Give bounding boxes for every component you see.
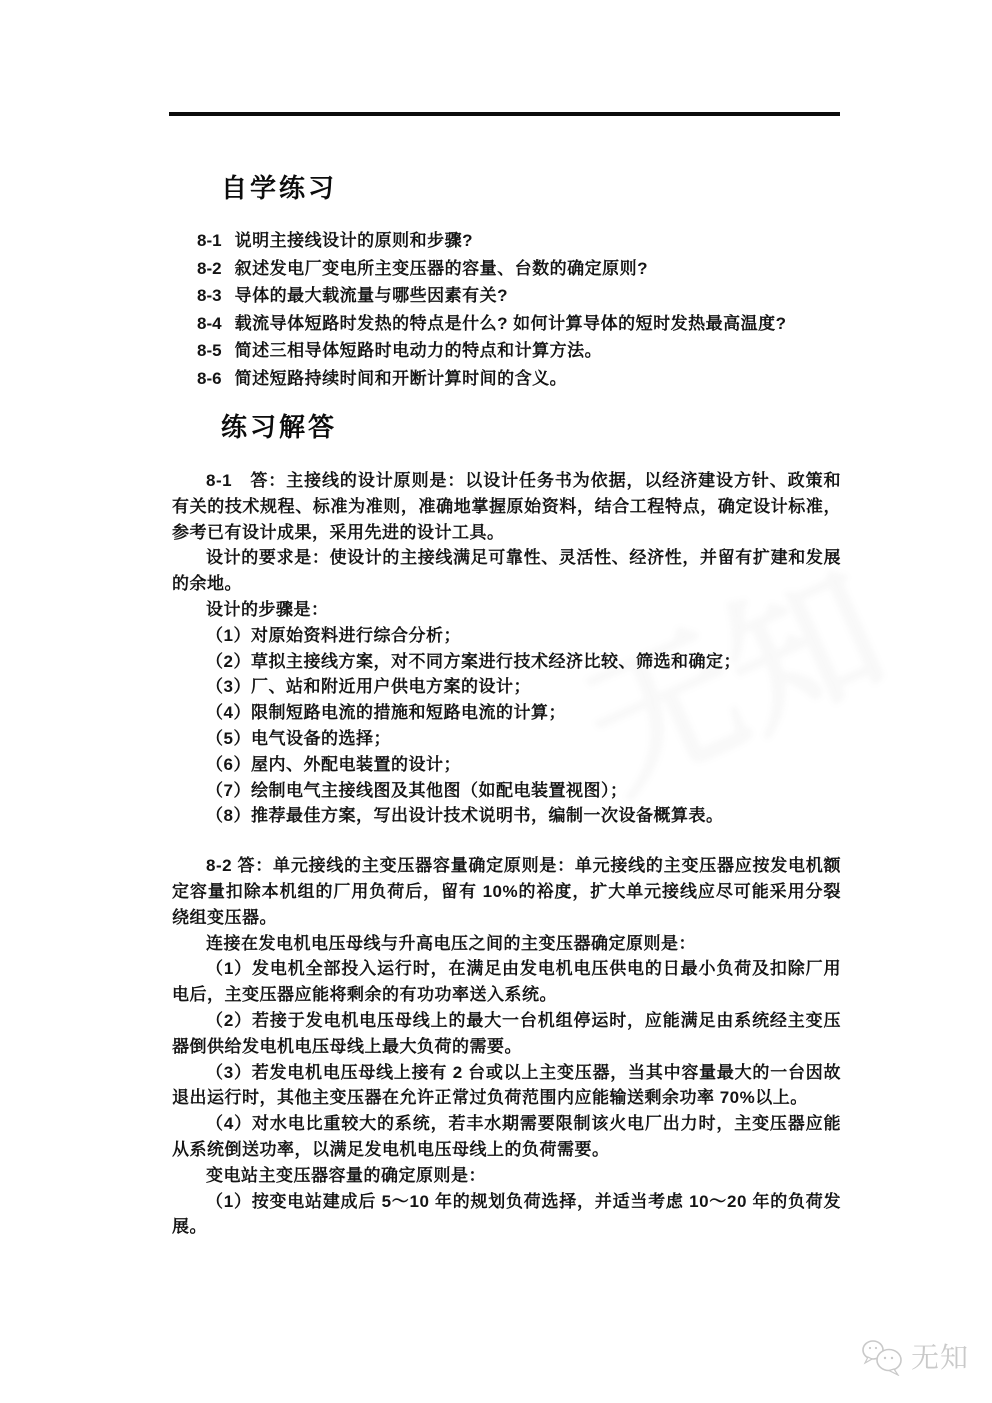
question-item: 8-1 说明主接线设计的原则和步骤? [197,227,897,255]
answer-item: （3）若发电机电压母线上接有 2 台或以上主变压器，当其中容量最大的一台因故退出… [172,1060,841,1112]
question-item: 8-5 简述三相导体短路时电动力的特点和计算方法。 [197,337,897,365]
question-text: 说明主接线设计的原则和步骤? [235,227,473,255]
answer-paragraph: 设计的要求是：使设计的主接线满足可靠性、灵活性、经济性，并留有扩建和发展的余地。 [172,545,841,597]
answer-8-2: 8-2 答：单元接线的主变压器容量确定原则是：单元接线的主变压器应按发电机额定容… [172,853,841,1240]
answer-step: （2）草拟主接线方案，对不同方案进行技术经济比较、筛选和确定； [172,649,841,675]
question-item: 8-6 简述短路持续时间和开断计算时间的含义。 [197,365,897,393]
answer-item: （1）发电机全部投入运行时，在满足由发电机电压供电的日最小负荷及扣除厂用电后，主… [172,956,841,1008]
answers-body: 8-1 答：主接线的设计原则是：以设计任务书为依据，以经济建设方针、政策和有关的… [172,468,841,1240]
question-number: 8-2 [197,255,222,283]
question-item: 8-4 载流导体短路时发热的特点是什么? 如何计算导体的短时发热最高温度? [197,310,897,338]
question-text: 叙述发电厂变电所主变压器的容量、台数的确定原则? [235,255,648,283]
section-title-self-study: 自学练习 [221,168,337,205]
question-number: 8-6 [197,365,222,393]
wechat-logo-icon [860,1336,906,1376]
top-horizontal-rule [169,112,840,116]
answer-item: （2）若接于发电机电压母线上的最大一台机组停运时，应能满足由系统经主变压器倒供给… [172,1008,841,1060]
answer-step: （7）绘制电气主接线图及其他图（如配电装置视图）； [172,778,841,804]
answer-paragraph: 变电站主变压器容量的确定原则是： [172,1163,841,1189]
answer-8-1: 8-1 答：主接线的设计原则是：以设计任务书为依据，以经济建设方针、政策和有关的… [172,468,841,829]
answer-step: （3）厂、站和附近用户供电方案的设计； [172,674,841,700]
question-text: 导体的最大载流量与哪些因素有关? [235,282,508,310]
answer-paragraph: 连接在发电机电压母线与升高电压之间的主变压器确定原则是： [172,931,841,957]
question-text: 简述短路持续时间和开断计算时间的含义。 [235,365,568,393]
brand-watermark: 无知 [860,1336,969,1376]
answer-step: （4）限制短路电流的措施和短路电流的计算； [172,700,841,726]
answer-step: （5）电气设备的选择； [172,726,841,752]
question-number: 8-5 [197,337,222,365]
section-title-answers: 练习解答 [221,407,337,444]
answer-paragraph: 8-1 答：主接线的设计原则是：以设计任务书为依据，以经济建设方针、政策和有关的… [172,468,841,545]
question-item: 8-3 导体的最大载流量与哪些因素有关? [197,282,897,310]
question-text: 载流导体短路时发热的特点是什么? 如何计算导体的短时发热最高温度? [235,310,787,338]
question-number: 8-4 [197,310,222,338]
question-list: 8-1 说明主接线设计的原则和步骤? 8-2 叙述发电厂变电所主变压器的容量、台… [197,227,897,392]
answer-paragraph: 8-2 答：单元接线的主变压器容量确定原则是：单元接线的主变压器应按发电机额定容… [172,853,841,930]
answer-step: （6）屋内、外配电装置的设计； [172,752,841,778]
question-number: 8-1 [197,227,222,255]
scanned-document-page: 无知 自学练习 8-1 说明主接线设计的原则和步骤? 8-2 叙述发电厂变电所主… [0,0,992,1403]
answer-step: （8）推荐最佳方案，写出设计技术说明书，编制一次设备概算表。 [172,803,841,829]
brand-watermark-text: 无知 [911,1336,969,1376]
answer-paragraph: 设计的步骤是： [172,597,841,623]
answer-item: （4）对水电比重较大的系统，若丰水期需要限制该火电厂出力时，主变压器应能从系统倒… [172,1111,841,1163]
question-number: 8-3 [197,282,222,310]
answer-item: （1）按变电站建成后 5～10 年的规划负荷选择，并适当考虑 10～20 年的负… [172,1189,841,1241]
answer-step: （1）对原始资料进行综合分析； [172,623,841,649]
question-item: 8-2 叙述发电厂变电所主变压器的容量、台数的确定原则? [197,255,897,283]
question-text: 简述三相导体短路时电动力的特点和计算方法。 [235,337,603,365]
